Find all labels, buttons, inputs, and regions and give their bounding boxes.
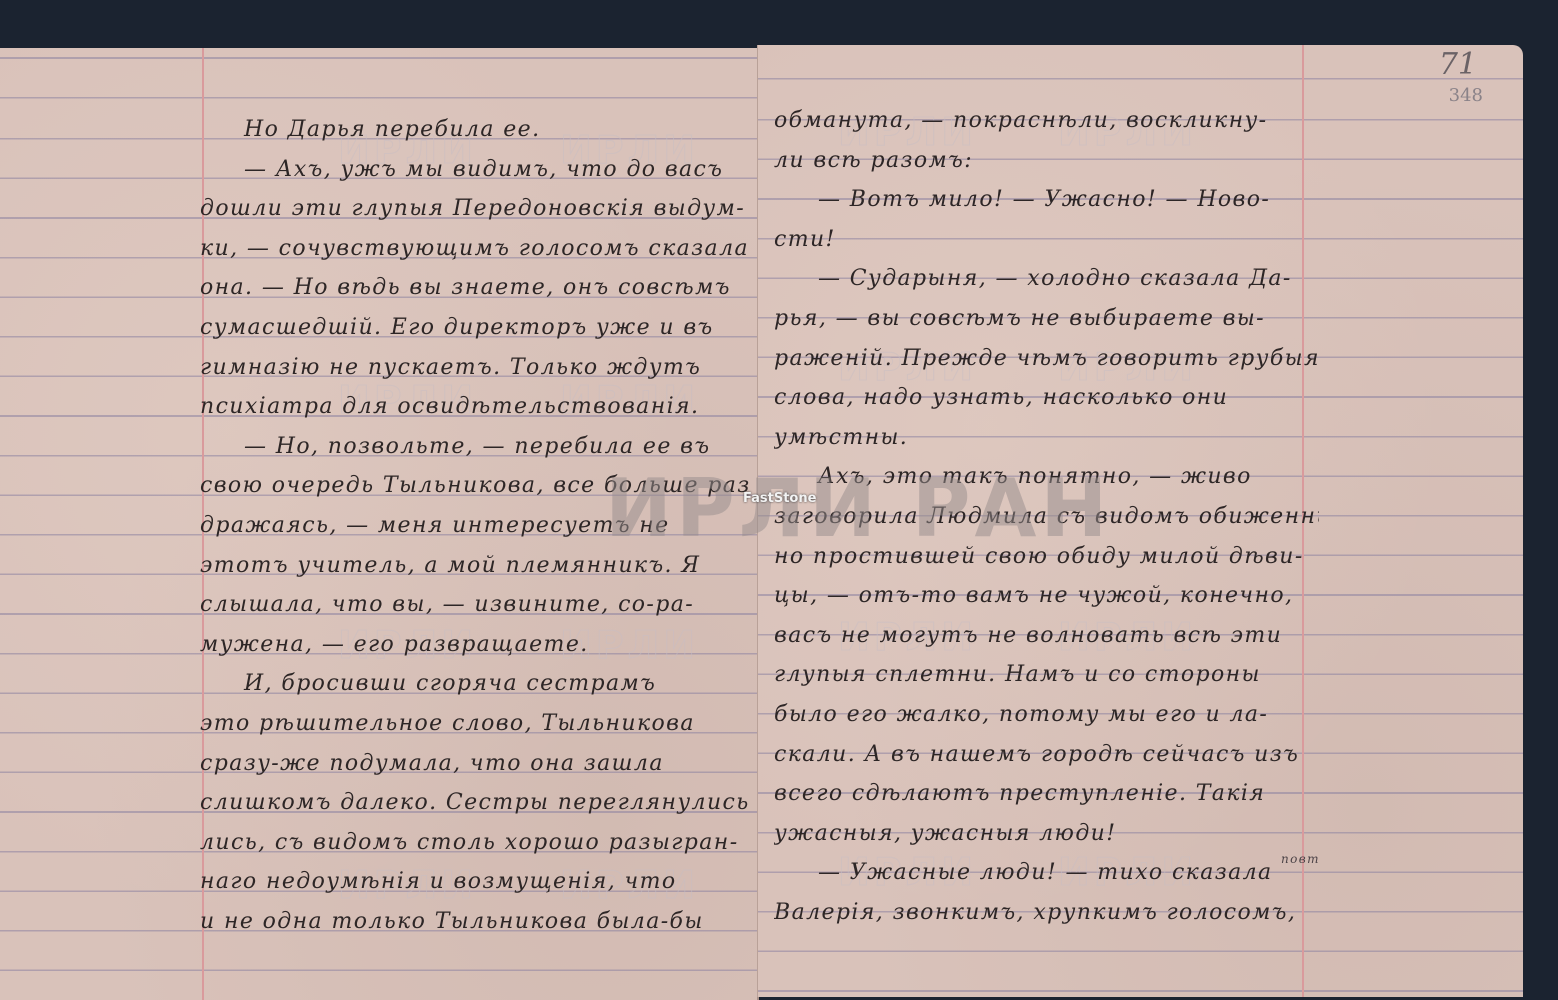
manuscript-line: гимназію не пускаетъ. Только ждутъ (200, 348, 750, 388)
left-manuscript-page: ИРЛИ ИРЛИ ИРЛИ ИРЛИ ИРЛИ ИРЛИ ИРЛИ ИРЛИ … (0, 48, 759, 1000)
manuscript-line: было его жалко, потому мы его и ла- (774, 695, 1319, 735)
manuscript-line: скали. А въ нашемъ городѣ сейчасъ изъ (774, 735, 1319, 775)
manuscript-line: наго недоумѣнія и возмущенія, что (200, 862, 750, 902)
manuscript-line: Ахъ, это такъ понятно, — живо (774, 457, 1319, 497)
manuscript-line: ужасныя, ужасныя люди! (774, 814, 1319, 854)
manuscript-line: это рѣшительное слово, Тыльникова (200, 704, 750, 744)
manuscript-line: лись, съ видомъ столь хорошо разыгран- (200, 823, 750, 863)
manuscript-line: ли всѣ разомъ: (774, 141, 1319, 181)
manuscript-line: но простившей свою обиду милой дѣви- (774, 537, 1319, 577)
manuscript-line: умѣстны. (774, 418, 1319, 458)
folio-secondary-number: 348 (1449, 85, 1483, 106)
manuscript-line: цы, — отъ-то вамъ не чужой, конечно, (774, 576, 1319, 616)
manuscript-line: — Ахъ, ужъ мы видимъ, что до васъ (200, 150, 750, 190)
manuscript-line: Валерія, звонкимъ, хрупкимъ голосомъ, (774, 893, 1319, 933)
manuscript-line: слишкомъ далеко. Сестры переглянулись (200, 783, 750, 823)
manuscript-line: — Ужасные люди! — тихо сказала повторила (774, 853, 1319, 893)
manuscript-line: васъ не могутъ не волновать всѣ эти (774, 616, 1319, 656)
left-page-text: Но Дарья перебила ее. — Ахъ, ужъ мы види… (200, 110, 750, 941)
manuscript-line-text: — Ужасные люди! — тихо сказала (818, 860, 1273, 885)
manuscript-line: сразу-же подумала, что она зашла (200, 744, 750, 784)
manuscript-line: сумасшедшій. Его директоръ уже и въ (200, 308, 750, 348)
manuscript-line: глупыя сплетни. Намъ и со стороны (774, 655, 1319, 695)
right-page-text: обманута, — покраснѣли, воскликну- ли вс… (774, 101, 1319, 932)
manuscript-line: психіатра для освидѣтельствованія. (200, 387, 750, 427)
interlinear-correction: повторила (1281, 853, 1319, 866)
manuscript-line: И, бросивши сгоряча сестрамъ (200, 664, 750, 704)
manuscript-line: рья, — вы совсѣмъ не выбираете вы- (774, 299, 1319, 339)
manuscript-line: Но Дарья перебила ее. (200, 110, 750, 150)
manuscript-line: ки, — сочувствующимъ голосомъ сказала (200, 229, 750, 269)
manuscript-line: раженій. Прежде чѣмъ говорить грубыя (774, 339, 1319, 379)
right-manuscript-page: 71 348 ИРЛИ ИРЛИ ИРЛИ ИРЛИ ИРЛИ ИРЛИ ИРЛ… (757, 45, 1523, 997)
manuscript-line: дражаясь, — меня интересуетъ не (200, 506, 750, 546)
manuscript-line: — Сударыня, — холодно сказала Да- (774, 259, 1319, 299)
manuscript-line: этотъ учитель, а мой племянникъ. Я (200, 546, 750, 586)
folio-number: 71 (1439, 47, 1477, 82)
software-watermark: FastStone (743, 491, 816, 506)
manuscript-line: слышала, что вы, — извините, со-ра- (200, 585, 750, 625)
manuscript-line: мужена, — его развращаете. (200, 625, 750, 665)
manuscript-line: обманута, — покраснѣли, воскликну- (774, 101, 1319, 141)
manuscript-line: она. — Но вѣдь вы знаете, онъ совсѣмъ (200, 268, 750, 308)
manuscript-line: — Но, позвольте, — перебила ее въ (200, 427, 750, 467)
manuscript-line: свою очередь Тыльникова, все больше раз- (200, 466, 750, 506)
manuscript-line: и не одна только Тыльникова была-бы (200, 902, 750, 942)
manuscript-line: дошли эти глупыя Передоновскія выдум- (200, 189, 750, 229)
manuscript-line: сти! (774, 220, 1319, 260)
manuscript-line: всего сдѣлаютъ преступленіе. Такія (774, 774, 1319, 814)
manuscript-line: слова, надо узнать, насколько они (774, 378, 1319, 418)
manuscript-line: заговорила Людмила съ видомъ обиженнымъ, (774, 497, 1319, 537)
manuscript-line: — Вотъ мило! — Ужасно! — Ново- (774, 180, 1319, 220)
